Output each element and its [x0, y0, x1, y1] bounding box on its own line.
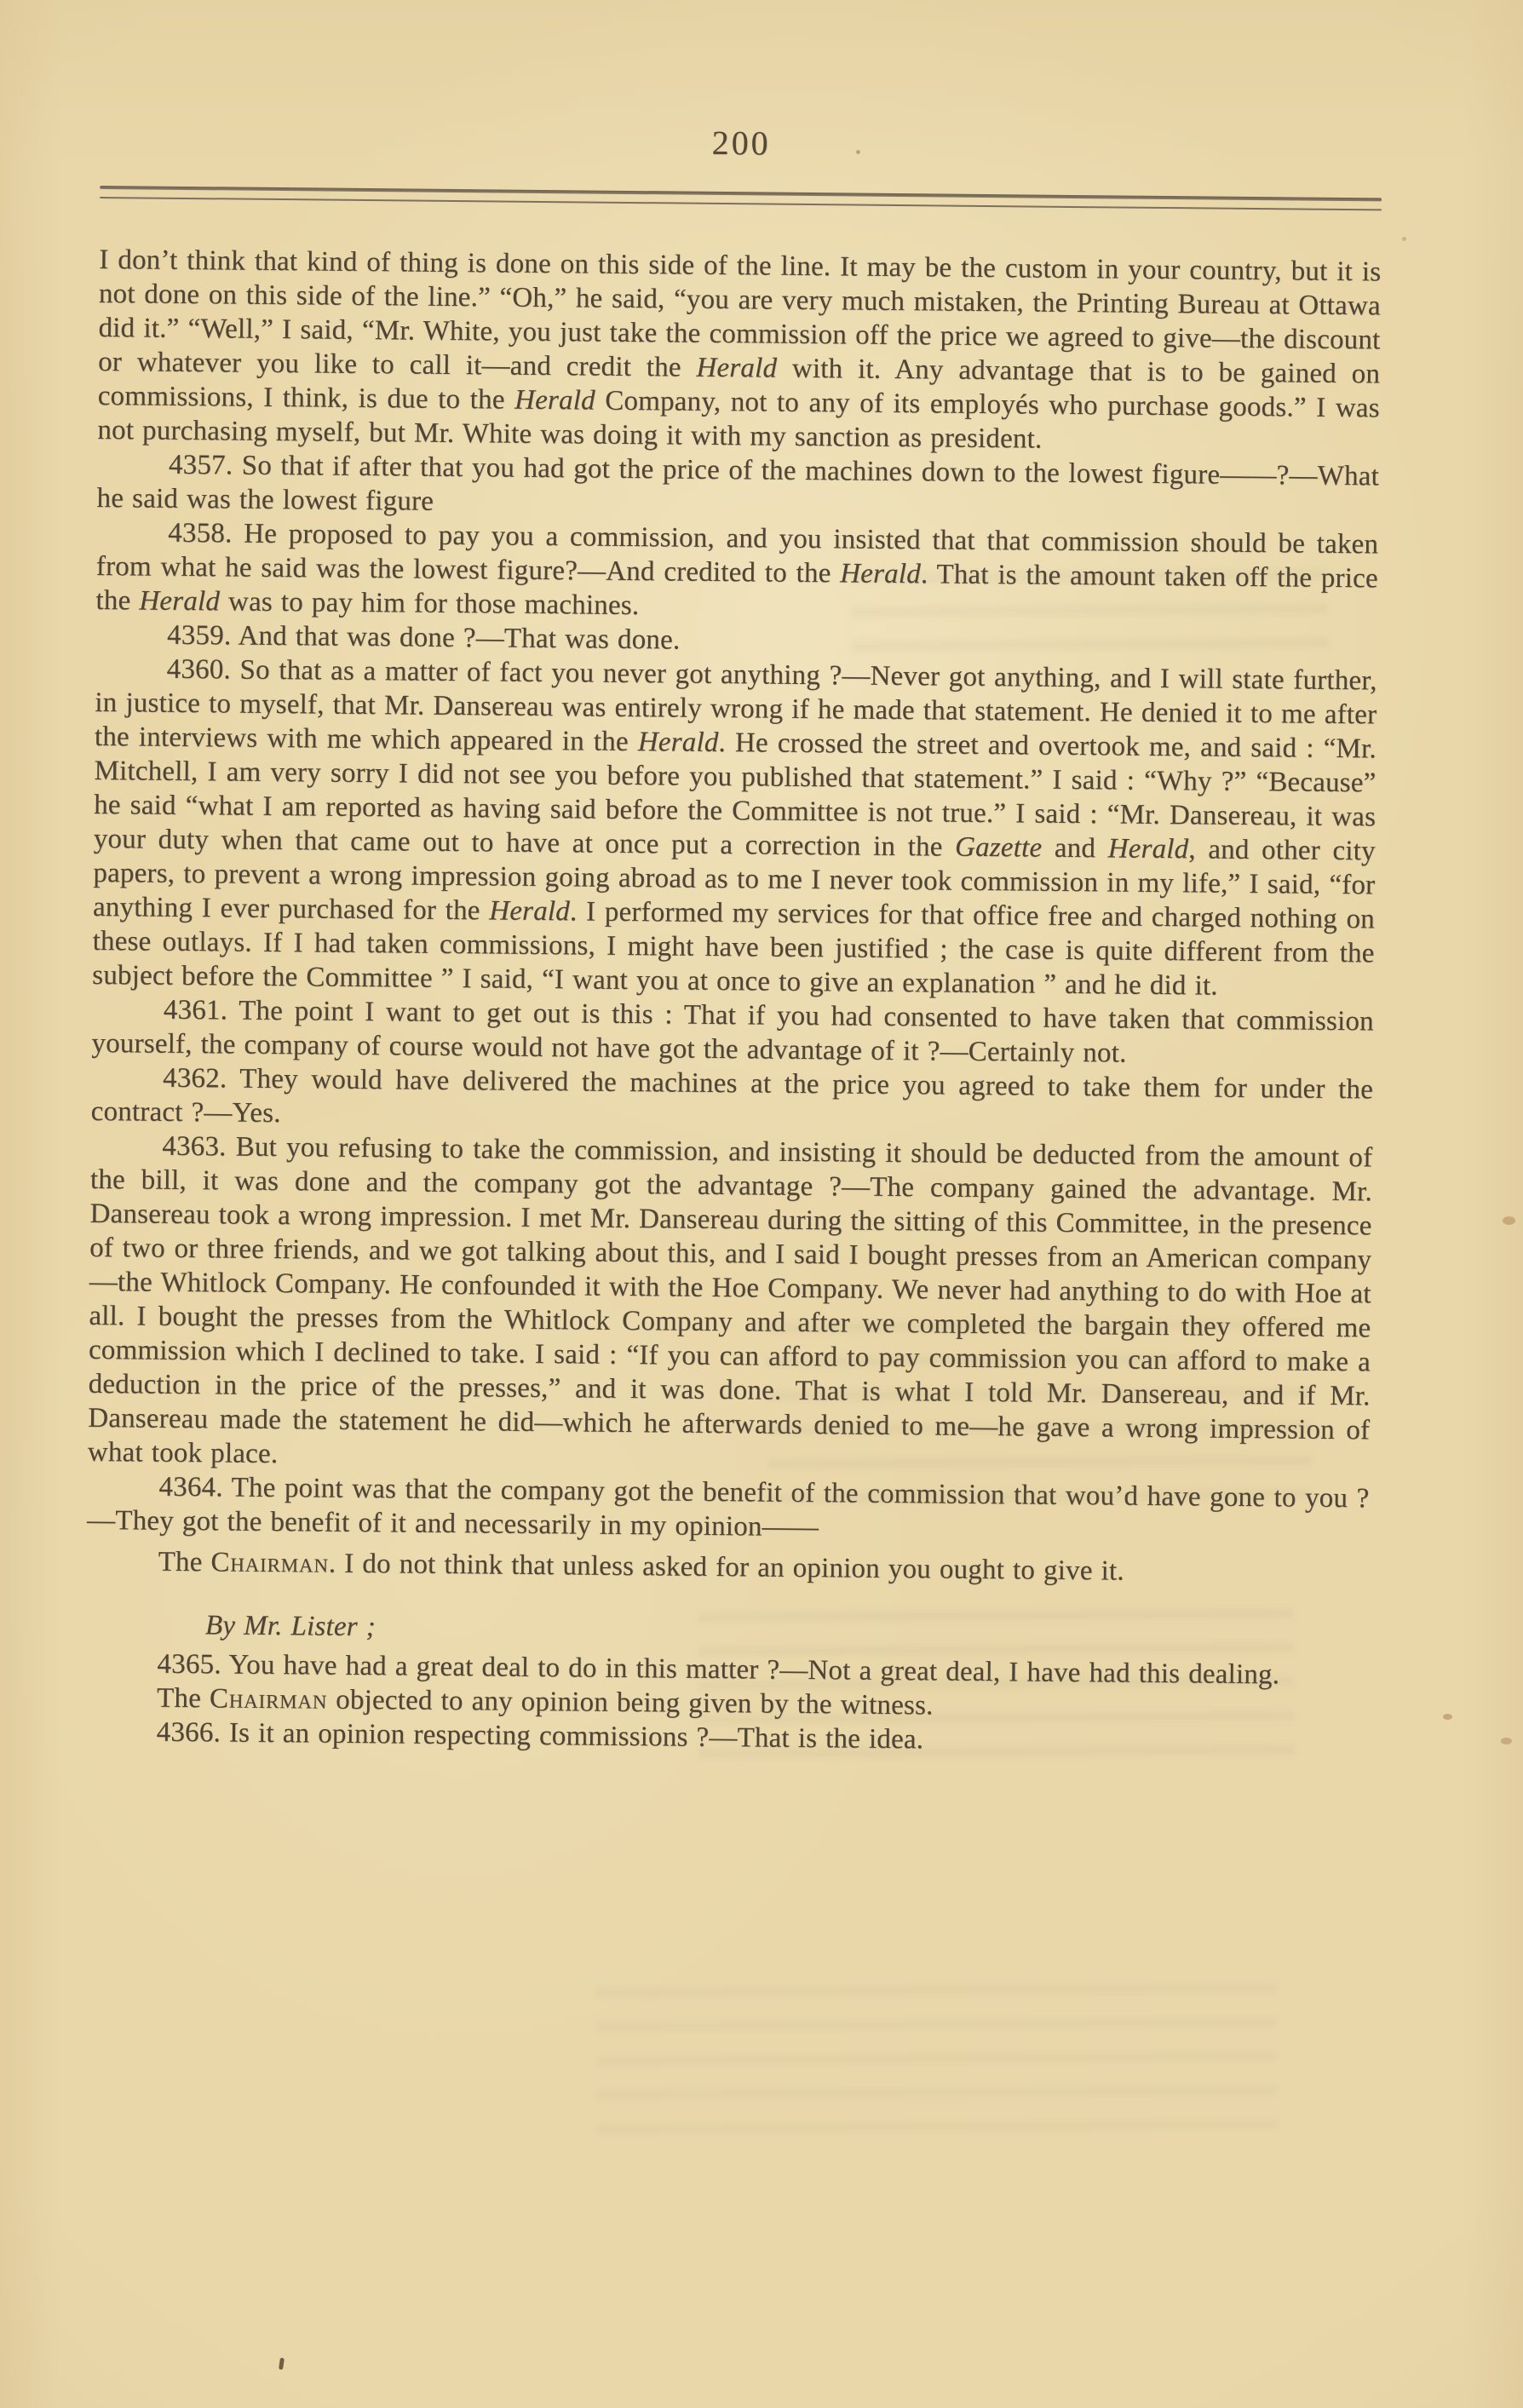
text-run: 4361. The point I want to get out is thi…: [91, 995, 1374, 1069]
text-run: Chairman: [210, 1547, 329, 1578]
text-run: The: [158, 1547, 210, 1578]
paper-speck: [279, 2358, 284, 2371]
paragraph: 4360. So that as a matter of fact you ne…: [92, 652, 1377, 1004]
page-content: 200 I don’t think that kind of thing is …: [85, 112, 1382, 1761]
text-run: Gazette: [955, 832, 1043, 864]
text-run: Herald: [489, 895, 570, 927]
text-run: 4359. And that was done ?—That was done.: [167, 620, 681, 656]
paragraph: 4361. The point I want to get out is thi…: [91, 992, 1374, 1072]
text-run: Chairman: [210, 1683, 328, 1715]
text-run: 4364. The point was that the company got…: [87, 1472, 1370, 1543]
paragraph: 4362. They would have delivered the mach…: [91, 1060, 1374, 1141]
paragraph: The Chairman. I do not think that unless…: [86, 1544, 1368, 1590]
text-run: The: [157, 1683, 210, 1715]
text-run: Herald: [139, 585, 220, 617]
body-text: I don’t think that kind of thing is done…: [85, 243, 1382, 1761]
paragraph: 4357. So that if after that you had got …: [96, 447, 1379, 527]
page-surface: 200 I don’t think that kind of thing is …: [0, 0, 1523, 2408]
text-run: 4357. So that if after that you had got …: [96, 450, 1379, 517]
text-run: and: [1042, 833, 1108, 865]
paper-speck: [1402, 237, 1406, 241]
paper-speck: [1503, 1216, 1515, 1225]
paragraph: I don’t think that kind of thing is done…: [97, 243, 1381, 459]
showthrough-smudge: [595, 1982, 1278, 2158]
text-run: Herald: [1107, 833, 1188, 865]
text-run: Herald: [696, 353, 777, 384]
paragraph: 4363. But you refusing to take the commi…: [88, 1129, 1373, 1481]
page-number: 200: [101, 119, 1382, 167]
text-run: Herald: [840, 558, 921, 589]
text-run: objected to any opinion being given by t…: [327, 1685, 934, 1721]
paper-speck: [1501, 1738, 1512, 1744]
paragraph: By Mr. Lister ;: [86, 1607, 1368, 1653]
paragraph: 4364. The point was that the company got…: [87, 1469, 1370, 1549]
text-run: was to pay him for those machines.: [220, 586, 640, 621]
scanned-page: { "page": { "number": "200" }, "colors":…: [0, 0, 1523, 2408]
text-run: Herald: [514, 385, 595, 417]
paragraph: 4358. He proposed to pay you a commissio…: [95, 515, 1378, 629]
text-run: By Mr. Lister ;: [205, 1610, 376, 1642]
text-run: 4363. But you refusing to take the commi…: [88, 1131, 1373, 1469]
text-run: . I do not think that unless asked for a…: [329, 1549, 1124, 1587]
text-run: 4366. Is it an opinion respecting commis…: [157, 1717, 924, 1756]
text-run: 4362. They would have delivered the mach…: [91, 1063, 1374, 1129]
text-run: Herald: [638, 727, 719, 758]
header-rule: [100, 186, 1382, 210]
paper-speck: [1443, 1714, 1452, 1720]
